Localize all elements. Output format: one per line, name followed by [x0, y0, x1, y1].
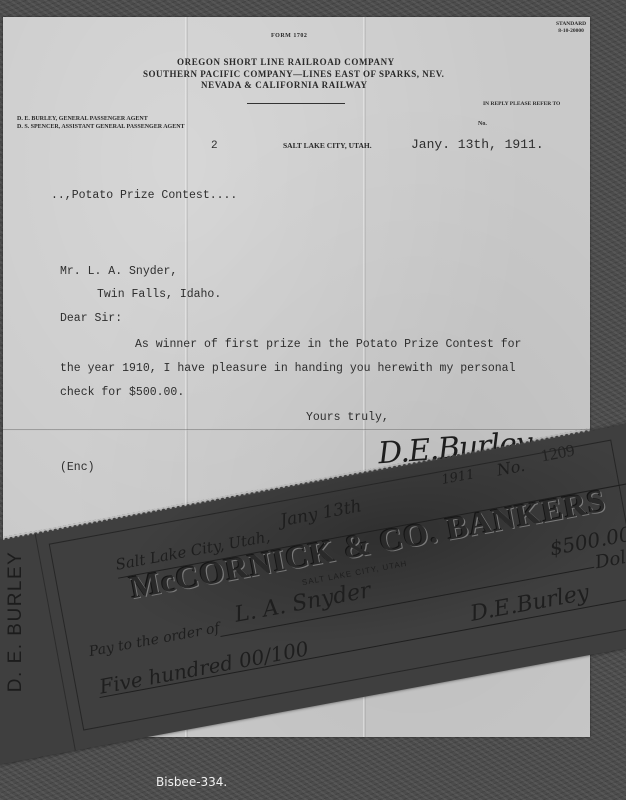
letter-city: SALT LAKE CITY, UTAH.	[283, 141, 372, 150]
letterhead-rule	[247, 103, 345, 104]
body-line: As winner of first prize in the Potato P…	[135, 338, 521, 351]
recipient-name: Mr. L. A. Snyder,	[60, 265, 177, 278]
letter-date: Jany. 13th, 1911.	[411, 137, 544, 152]
standard-stamp: STANDARD 8-10-20000	[556, 21, 586, 35]
letterhead-line-3: NEVADA & CALIFORNIA RAILWAY	[201, 80, 368, 90]
letterhead-line-1: OREGON SHORT LINE RAILROAD COMPANY	[177, 57, 395, 67]
form-number: FORM 1702	[271, 33, 307, 39]
agent-line: D. S. SPENCER, ASSISTANT GENERAL PASSENG…	[17, 124, 185, 130]
catalog-label: Bisbee-334.	[156, 775, 227, 789]
enclosure-note: (Enc)	[60, 461, 95, 474]
reference-number-label: No.	[478, 121, 487, 127]
body-line: the year 1910, I have pleasure in handin…	[60, 362, 515, 375]
recipient-location: Twin Falls, Idaho.	[97, 288, 221, 301]
check-stub-name: D. E. BURLEY	[5, 551, 27, 693]
closing: Yours truly,	[306, 411, 389, 424]
letterhead-line-2: SOUTHERN PACIFIC COMPANY—LINES EAST OF S…	[143, 69, 444, 79]
salutation: Dear Sir:	[60, 312, 122, 325]
page-number: 2	[211, 140, 218, 152]
standard-stamp-line: 8-10-20000	[556, 28, 586, 35]
agent-line: D. E. BURLEY, GENERAL PASSENGER AGENT	[17, 116, 148, 122]
body-line: check for $500.00.	[60, 386, 184, 399]
letter-subject: ..,Potato Prize Contest....	[51, 189, 237, 202]
reply-note: IN REPLY PLEASE REFER TO	[483, 101, 560, 107]
standard-stamp-line: STANDARD	[556, 21, 586, 28]
